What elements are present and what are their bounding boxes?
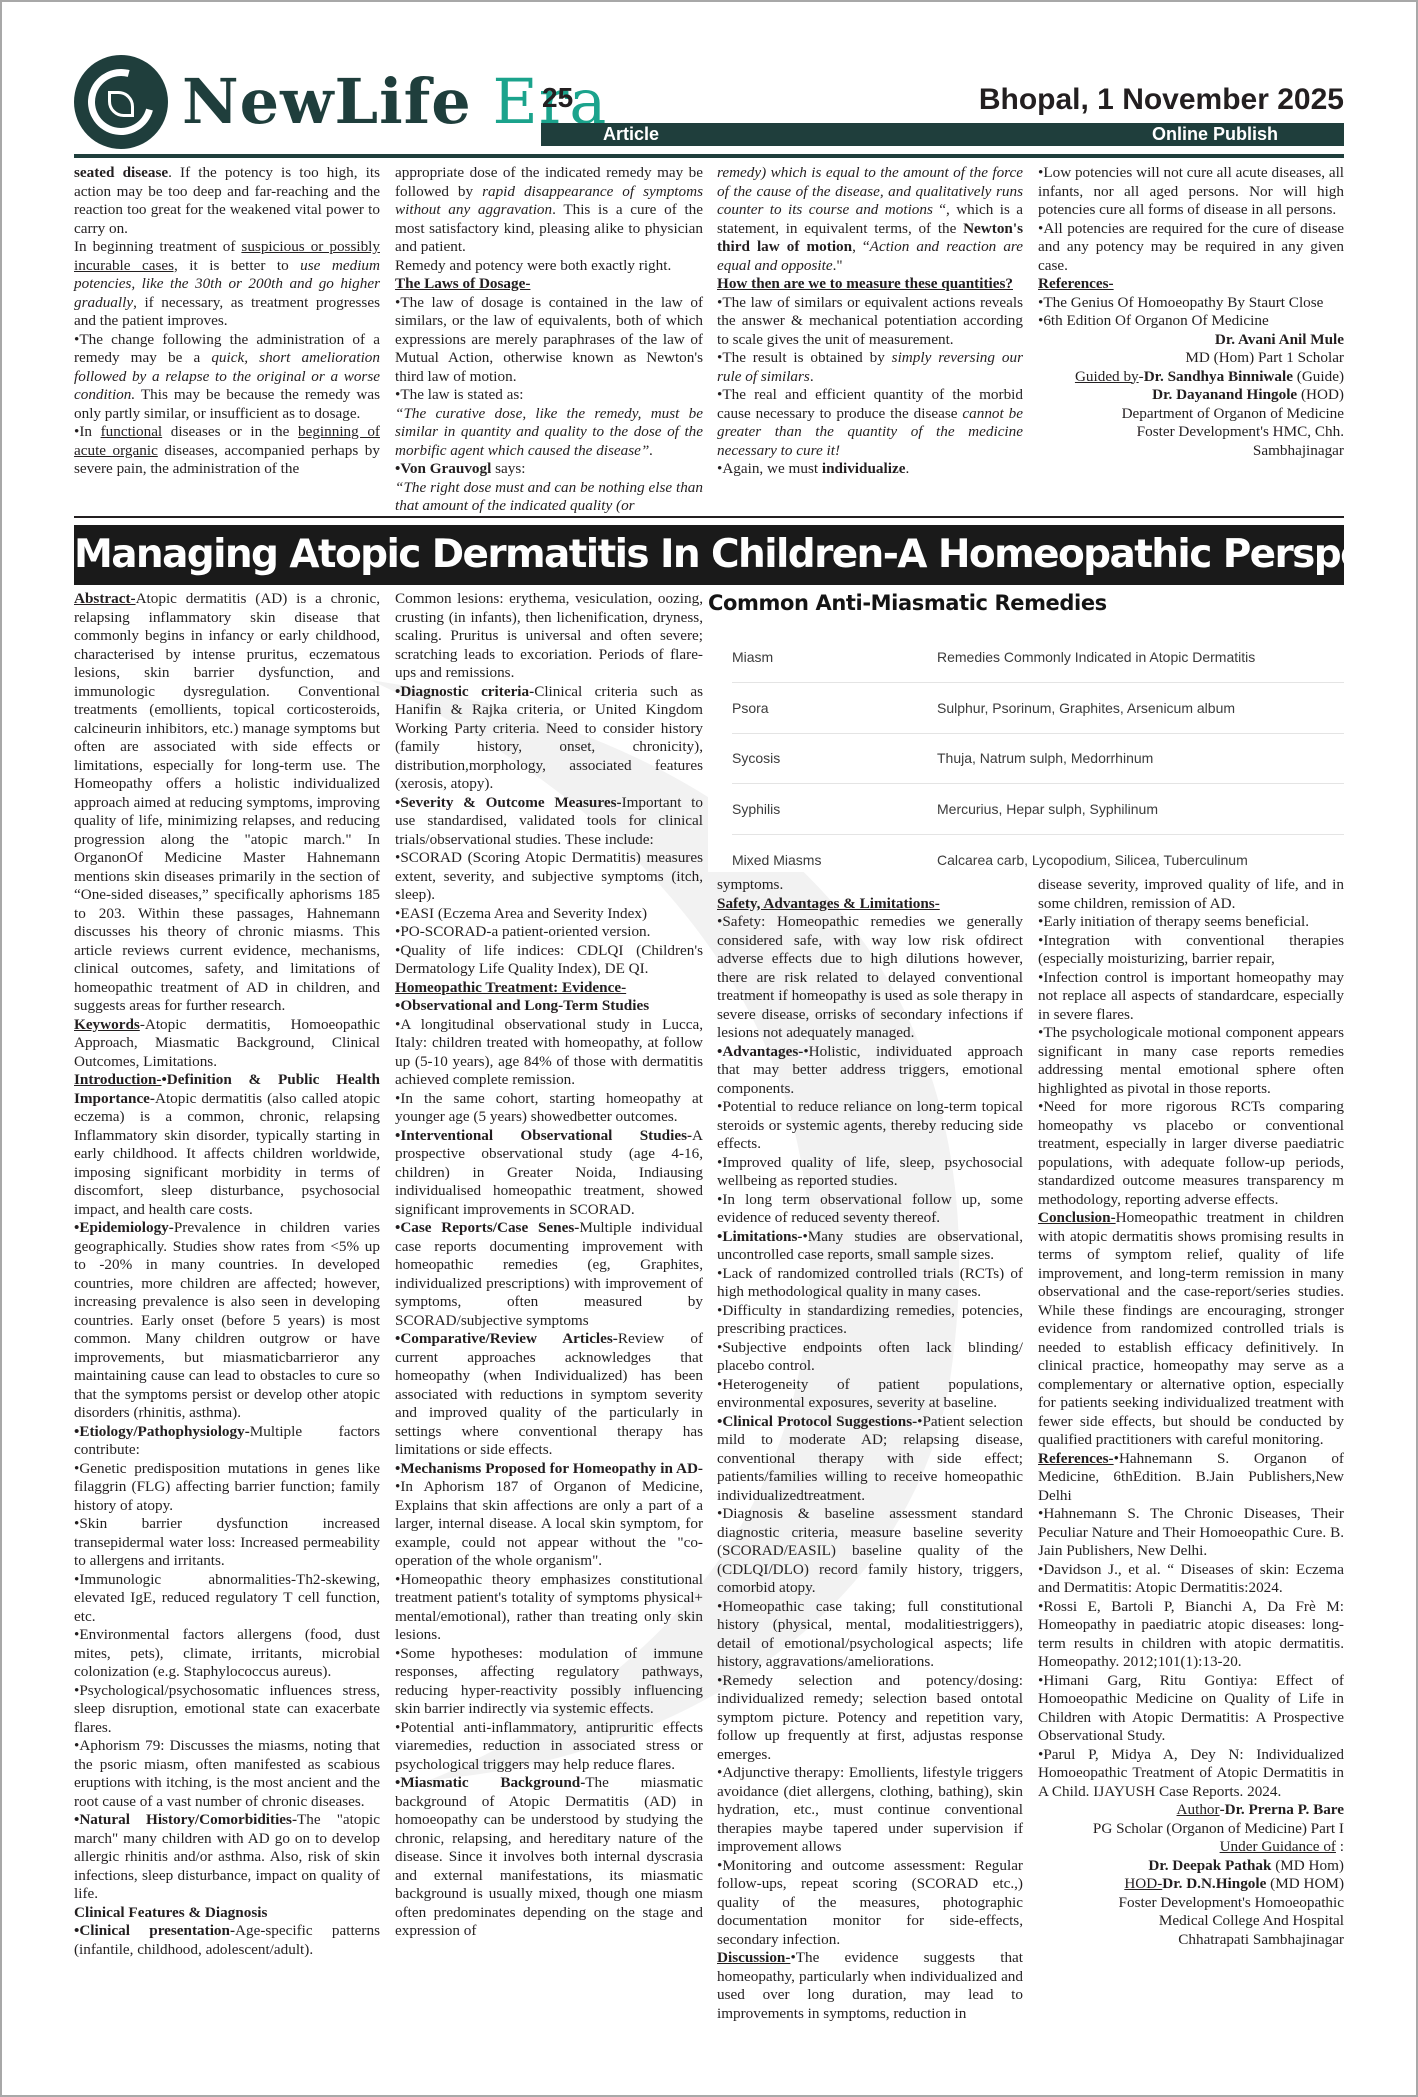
- paragraph: •Environmental factors allergens (food, …: [74, 1626, 380, 1682]
- keywords: Keywords-Atopic dermatitis, Homoeopathic…: [74, 1016, 380, 1072]
- hod-line: Dr. Dayanand Hingole (HOD): [1038, 386, 1344, 405]
- paragraph: •Severity & Outcome Measures-Important t…: [395, 794, 703, 850]
- paragraph: •Need for more rigorous RCTs comparing h…: [1038, 1098, 1344, 1209]
- paragraph: •In long term observational follow up, s…: [717, 1191, 1023, 1228]
- paragraph: Remedy and potency were both exactly rig…: [395, 257, 703, 276]
- reference-item: •Himani Garg, Ritu Gontiya: Effect of Ho…: [1038, 1672, 1344, 1746]
- remedies-cell: Sulphur, Psorinum, Graphites, Arsenicum …: [937, 683, 1344, 734]
- miasm-cell: Syphilis: [732, 784, 937, 835]
- paragraph: •Potential anti-inflammatory, antiprurit…: [395, 1719, 703, 1775]
- reference-item: •6th Edition Of Organon Of Medicine: [1038, 312, 1344, 331]
- reference-item: •Rossi E, Bartoli P, Bianchi A, Da Frè M…: [1038, 1598, 1344, 1672]
- paragraph: •In the same cohort, starting homeopathy…: [395, 1090, 703, 1127]
- author-name: Dr. Avani Anil Mule: [1038, 331, 1344, 350]
- main-article-column-2: Common lesions: erythema, vesiculation, …: [395, 590, 703, 1941]
- reference-item: •Davidson J., et al. “ Diseases of skin:…: [1038, 1561, 1344, 1598]
- paragraph: •Monitoring and outcome assessment: Regu…: [717, 1857, 1023, 1950]
- paragraph: •Diagnosis & baseline assessment standar…: [717, 1505, 1023, 1598]
- paragraph: In beginning treatment of suspicious or …: [74, 238, 380, 331]
- sub-heading: •Observational and Long-Term Studies: [395, 997, 703, 1016]
- guidance-label: Under Guidance of :: [1038, 1838, 1344, 1857]
- paragraph: •The psychologicale motional component a…: [1038, 1024, 1344, 1098]
- paragraph: •Potential to reduce reliance on long-te…: [717, 1098, 1023, 1154]
- guide-line: Guided by-Dr. Sandhya Binniwale (Guide): [1038, 368, 1344, 387]
- abstract: Abstract-Atopic dermatitis (AD) is a chr…: [74, 590, 380, 1016]
- paragraph: •SCORAD (Scoring Atopic Dermatitis) meas…: [395, 849, 703, 905]
- paragraph: •Again, we must individualize.: [717, 460, 1023, 479]
- paragraph: •All potencies are required for the cure…: [1038, 220, 1344, 276]
- paragraph: •PO-SCORAD-a patient-oriented version.: [395, 923, 703, 942]
- masthead-rule: [74, 154, 1344, 158]
- paragraph: •Diagnostic criteria-Clinical criteria s…: [395, 683, 703, 794]
- city: Sambhajinagar: [1038, 442, 1344, 461]
- article-divider: [74, 516, 1344, 518]
- paragraph: disease severity, improved quality of li…: [1038, 876, 1344, 913]
- paragraph: •The real and efficient quantity of the …: [717, 386, 1023, 460]
- paragraph: •Psychological/psychosomatic influences …: [74, 1682, 380, 1738]
- section-heading: The Laws of Dosage-: [395, 275, 703, 294]
- paragraph: •Skin barrier dysfunction increased tran…: [74, 1515, 380, 1571]
- introduction: Introduction-•Definition & Public Health…: [74, 1071, 380, 1219]
- paragraph: •The law of similars or equivalent actio…: [717, 294, 1023, 350]
- top-article-column-4: •Low potencies will not cure all acute d…: [1038, 164, 1344, 460]
- publish-label: Online Publish: [1152, 123, 1278, 146]
- paragraph: symptoms.: [717, 876, 1023, 895]
- paragraph: •Infection control is important homeopat…: [1038, 969, 1344, 1025]
- paragraph: appropriate dose of the indicated remedy…: [395, 164, 703, 257]
- paragraph: Common lesions: erythema, vesiculation, …: [395, 590, 703, 683]
- paragraph: •Natural History/Comorbidities-The "atop…: [74, 1811, 380, 1904]
- paragraph: •Miasmatic Background-The miasmatic back…: [395, 1774, 703, 1941]
- section-heading: Clinical Features & Diagnosis: [74, 1904, 380, 1923]
- table-header-row: Miasm Remedies Commonly Indicated in Ato…: [732, 632, 1344, 683]
- quote: “The curative dose, like the remedy, mus…: [395, 405, 703, 461]
- paragraph: •Adjunctive therapy: Emollients, lifesty…: [717, 1764, 1023, 1857]
- masthead: NewLife Era 25 Bhopal, 1 November 2025 A…: [74, 52, 1344, 164]
- paragraph: •Aphorism 79: Discusses the miasms, noti…: [74, 1737, 380, 1811]
- paragraph: •Difficulty in standardizing remedies, p…: [717, 1302, 1023, 1339]
- paragraph: •Interventional Observational Studies-A …: [395, 1127, 703, 1220]
- paragraph: •Genetic predisposition mutations in gen…: [74, 1460, 380, 1516]
- top-article-column-2: appropriate dose of the indicated remedy…: [395, 164, 703, 516]
- paragraph: •Immunologic abnormalities-Th2-skewing, …: [74, 1571, 380, 1627]
- guide-line: Dr. Deepak Pathak (MD Hom): [1038, 1857, 1344, 1876]
- paragraph: •In functional diseases or in the beginn…: [74, 423, 380, 479]
- paragraph: •Clinical Protocol Suggestions-•Patient …: [717, 1413, 1023, 1506]
- paragraph: •The change following the administration…: [74, 331, 380, 424]
- paragraph: •Integration with conventional therapies…: [1038, 932, 1344, 969]
- logo-newlife: NewLife: [182, 65, 472, 138]
- remedies-cell: Mercurius, Hepar sulph, Syphilinum: [937, 784, 1344, 835]
- paragraph: •Limitations-•Many studies are observati…: [717, 1228, 1023, 1265]
- paragraph: •EASI (Eczema Area and Severity Index): [395, 905, 703, 924]
- paragraph: •Remedy selection and potency/dosing: in…: [717, 1672, 1023, 1765]
- top-article-column-1: seated disease. If the potency is too hi…: [74, 164, 380, 479]
- paragraph: •Homeopathic theory emphasizes constitut…: [395, 1571, 703, 1645]
- paragraph: •The law of dosage is contained in the l…: [395, 294, 703, 387]
- paragraph: •Low potencies will not cure all acute d…: [1038, 164, 1344, 220]
- discussion: Discussion-•The evidence suggests that h…: [717, 1949, 1023, 2023]
- paragraph: remedy) which is equal to the amount of …: [717, 164, 1023, 275]
- paragraph: •Clinical presentation-Age-specific patt…: [74, 1922, 380, 1959]
- column-header: Remedies Commonly Indicated in Atopic De…: [937, 632, 1344, 683]
- dateline: Bhopal, 1 November 2025: [979, 82, 1344, 118]
- paragraph: •Early initiation of therapy seems benef…: [1038, 913, 1344, 932]
- paragraph: •A longitudinal observational study in L…: [395, 1016, 703, 1090]
- paragraph: •Quality of life indices: CDLQI (Childre…: [395, 942, 703, 979]
- paragraph: •Subjective endpoints often lack blindin…: [717, 1339, 1023, 1376]
- paragraph: •Homeopathic case taking; full constitut…: [717, 1598, 1023, 1672]
- paragraph: •Etiology/Pathophysiology-Multiple facto…: [74, 1423, 380, 1460]
- miasm-cell: Sycosis: [732, 733, 937, 784]
- main-article-column-1: Abstract-Atopic dermatitis (AD) is a chr…: [74, 590, 380, 1959]
- remedies-table: Miasm Remedies Commonly Indicated in Ato…: [732, 632, 1344, 885]
- city: Chhatrapati Sambhajinagar: [1038, 1931, 1344, 1950]
- author-role: MD (Hom) Part 1 Scholar: [1038, 349, 1344, 368]
- main-article-column-3: symptoms. Safety, Advantages & Limitatio…: [717, 876, 1023, 2023]
- section-bar: Article Online Publish: [541, 123, 1344, 146]
- section-heading: Homeopathic Treatment: Evidence-: [395, 979, 703, 998]
- paragraph: •Improved quality of life, sleep, psycho…: [717, 1154, 1023, 1191]
- miasm-cell: Psora: [732, 683, 937, 734]
- paragraph: •Case Reports/Case Senes-Multiple indivi…: [395, 1219, 703, 1330]
- section-heading: How then are we to measure these quantit…: [717, 275, 1023, 294]
- references: References-•Hahnemann S. Organon of Medi…: [1038, 1450, 1344, 1506]
- college: Foster Development's HMC, Chh.: [1038, 423, 1344, 442]
- paragraph: •Heterogeneity of patient populations, e…: [717, 1376, 1023, 1413]
- department: Department of Organon of Medicine: [1038, 405, 1344, 424]
- paragraph: •Von Grauvogl says:: [395, 460, 703, 479]
- references-heading: References-: [1038, 275, 1344, 294]
- paragraph: seated disease. If the potency is too hi…: [74, 164, 380, 238]
- paragraph: •Comparative/Review Articles-Review of c…: [395, 1330, 703, 1460]
- conclusion: Conclusion-Homeopathic treatment in chil…: [1038, 1209, 1344, 1450]
- main-article-column-4: disease severity, improved quality of li…: [1038, 876, 1344, 1949]
- paragraph: •The law is stated as:: [395, 386, 703, 405]
- author-line: Author-Dr. Prerna P. Bare: [1038, 1801, 1344, 1820]
- leaf-logo-icon: [74, 55, 168, 149]
- paragraph: •Safety: Homeopathic remedies we general…: [717, 913, 1023, 1043]
- remedies-table-figure: Common Anti-Miasmatic Remedies Miasm Rem…: [708, 588, 1344, 872]
- author-role: PG Scholar (Organon of Medicine) Part I: [1038, 1820, 1344, 1839]
- section-label: Article: [603, 123, 659, 146]
- reference-item: •Parul P, Midya A, Dey N: Individualized…: [1038, 1746, 1344, 1802]
- table-row: SyphilisMercurius, Hepar sulph, Syphilin…: [732, 784, 1344, 835]
- paragraph: •The result is obtained by simply revers…: [717, 349, 1023, 386]
- paragraph: •Some hypotheses: modulation of immune r…: [395, 1645, 703, 1719]
- paragraph: •Epidemiology-Prevalence in children var…: [74, 1219, 380, 1423]
- section-heading: Safety, Advantages & Limitations-: [717, 895, 1023, 914]
- reference-item: •The Genius Of Homoeopathy By Staurt Clo…: [1038, 294, 1344, 313]
- table-title: Common Anti-Miasmatic Remedies: [708, 588, 1107, 618]
- paragraph: •Mechanisms Proposed for Homeopathy in A…: [395, 1460, 703, 1571]
- paragraph: •Lack of randomized controlled trials (R…: [717, 1265, 1023, 1302]
- page-number: 25: [542, 82, 573, 114]
- quote: “The right dose must and can be nothing …: [395, 479, 703, 516]
- column-header: Miasm: [732, 632, 937, 683]
- table-row: PsoraSulphur, Psorinum, Graphites, Arsen…: [732, 683, 1344, 734]
- college-line-2: Medical College And Hospital: [1038, 1912, 1344, 1931]
- paragraph: •Advantages-•Holistic, individuated appr…: [717, 1043, 1023, 1099]
- hod-line: HOD-Dr. D.N.Hingole (MD HOM): [1038, 1875, 1344, 1894]
- remedies-cell: Thuja, Natrum sulph, Medorrhinum: [937, 733, 1344, 784]
- table-row: SycosisThuja, Natrum sulph, Medorrhinum: [732, 733, 1344, 784]
- article-headline: Managing Atopic Dermatitis In Children-A…: [74, 525, 1344, 585]
- reference-item: •Hahnemann S. The Chronic Diseases, Thei…: [1038, 1505, 1344, 1561]
- college-line-1: Foster Development's Homoeopathic: [1038, 1894, 1344, 1913]
- top-article-column-3: remedy) which is equal to the amount of …: [717, 164, 1023, 479]
